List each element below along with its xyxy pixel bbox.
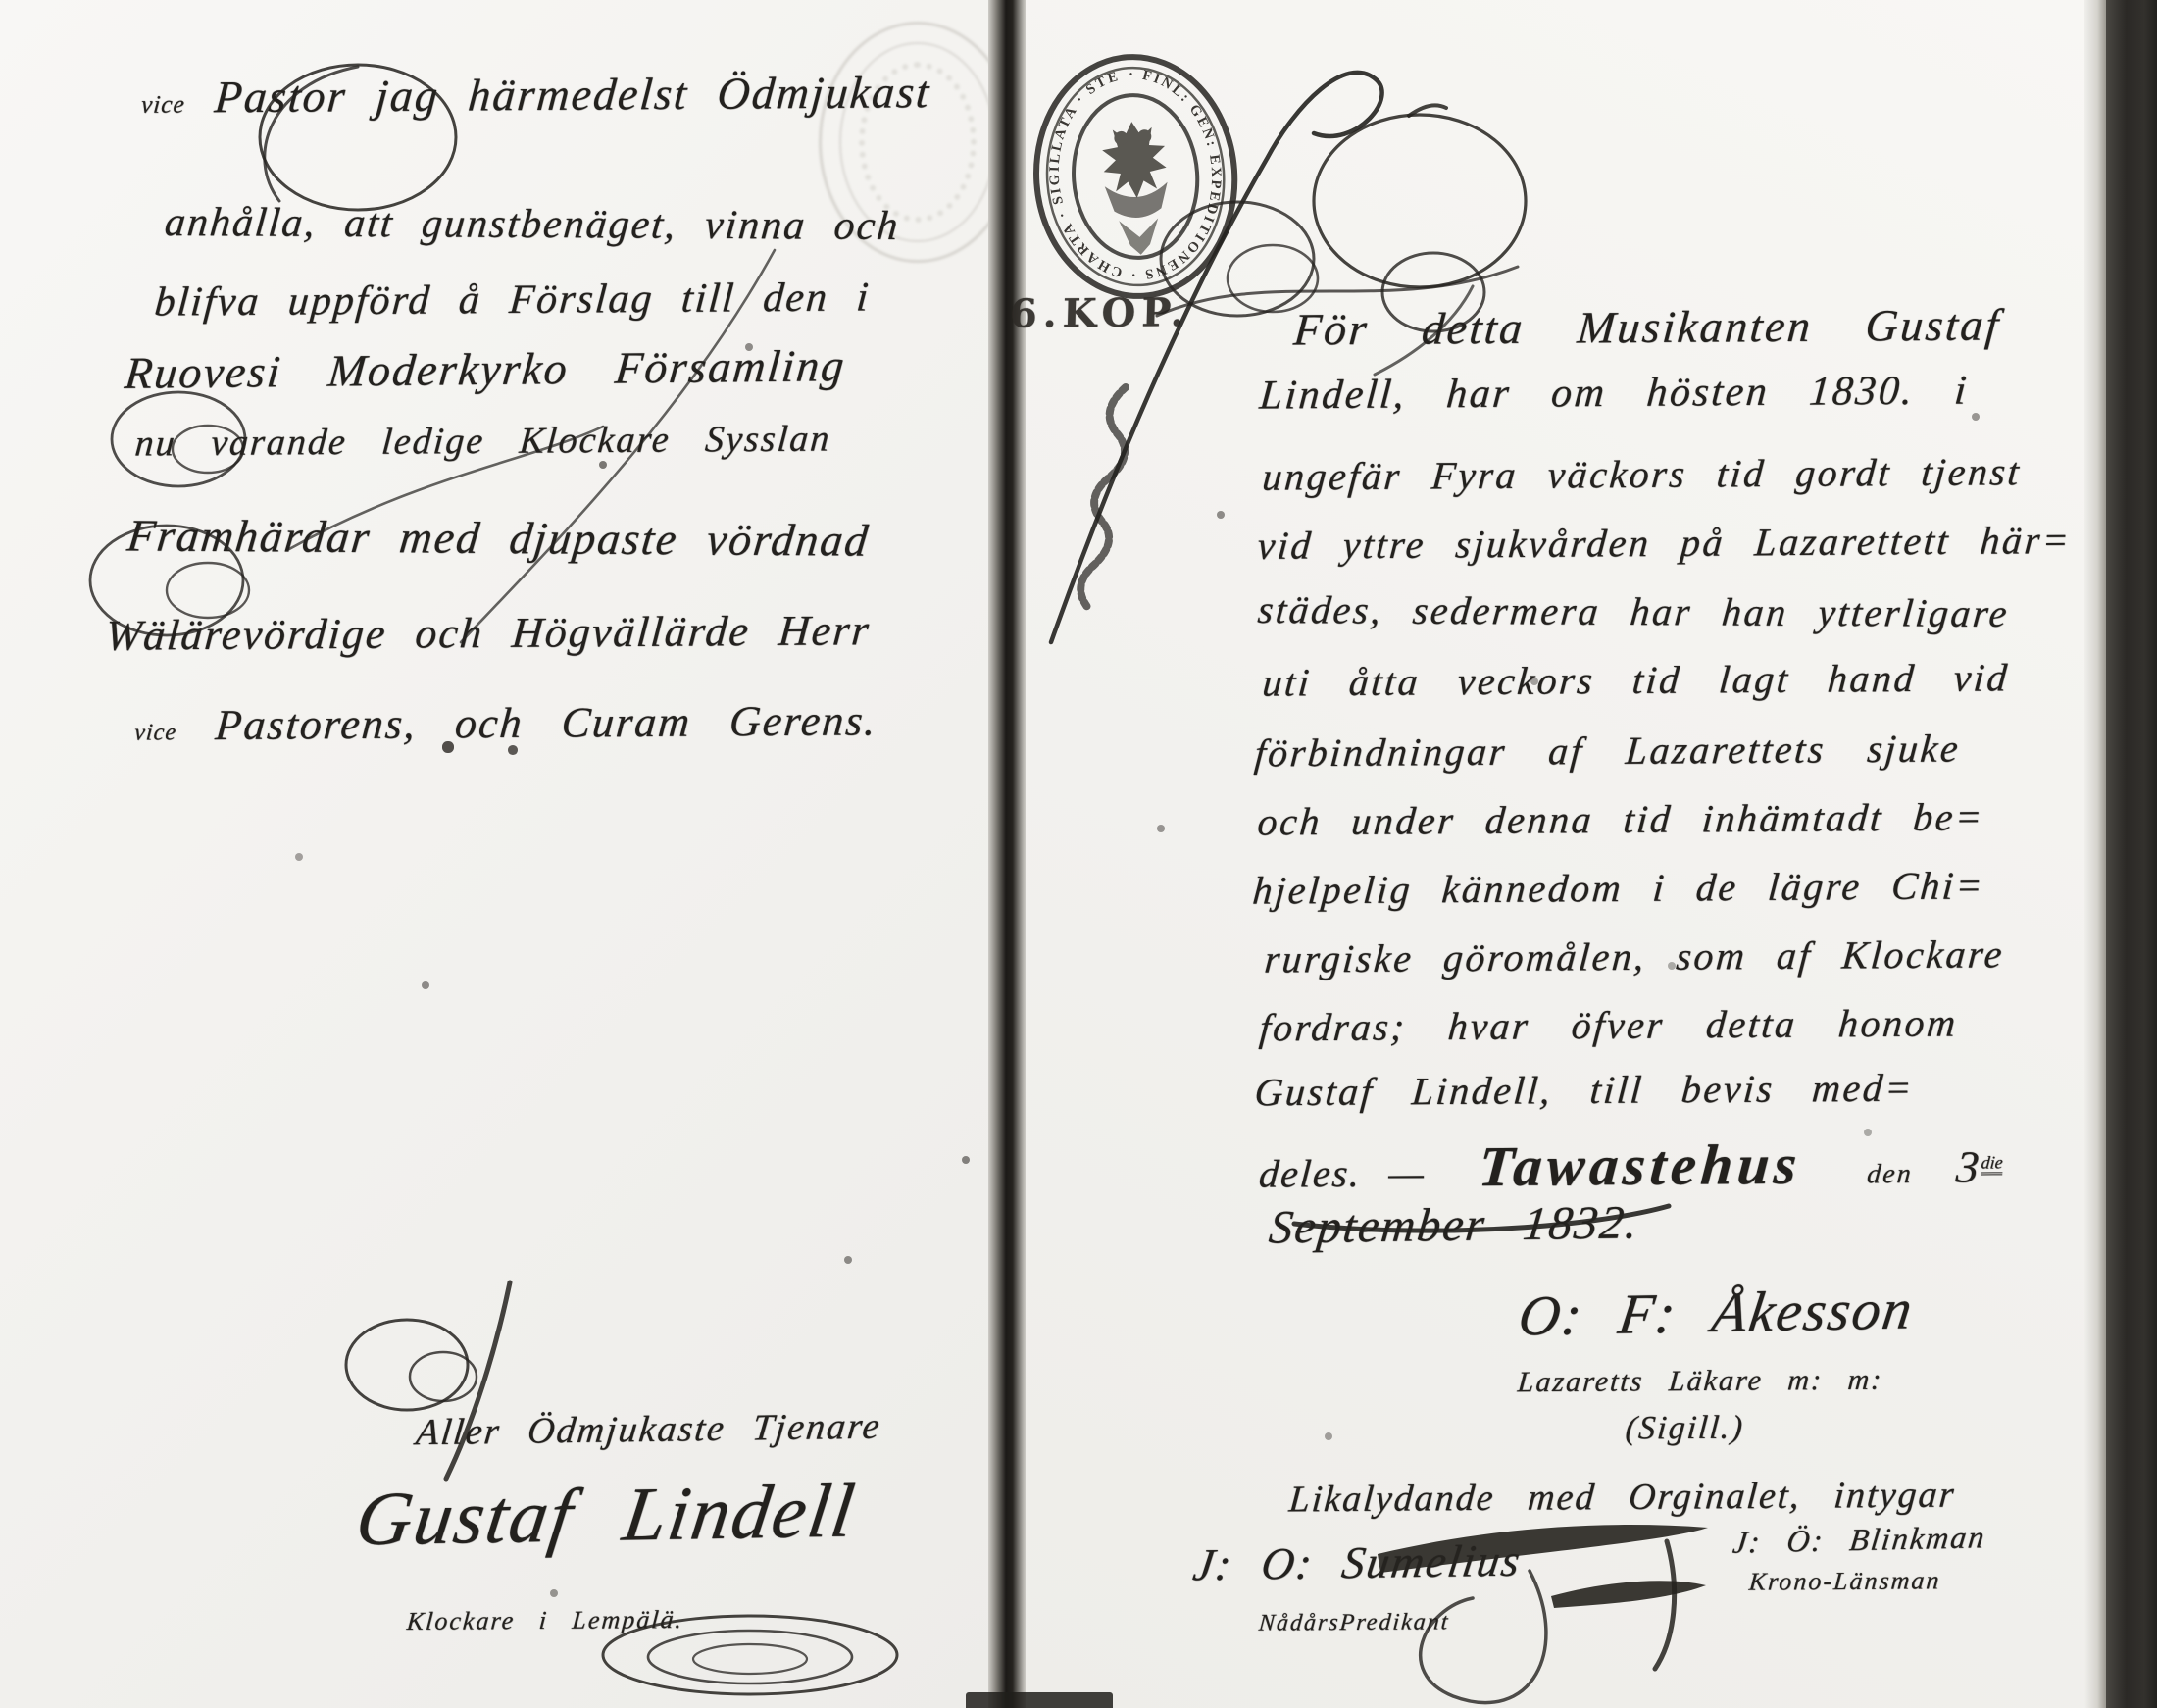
- right-line-6: uti åtta veckors tid lagt hand vid: [1261, 654, 2011, 705]
- ink-specks: [0, 0, 4, 4]
- left-line-1: vice Pastor jag härmedelst Ödmjukast: [140, 66, 933, 124]
- witness2-title: Krono-Länsman: [1748, 1566, 1942, 1596]
- right-line-11: fordras; hvar öfver detta honom: [1258, 1000, 1960, 1051]
- right-line-7: förbindningar af Lazarettets sjuke: [1253, 725, 1962, 776]
- physician-signature: O: F: Åkesson: [1515, 1277, 1919, 1349]
- physician-title: Lazaretts Läkare m: m:: [1517, 1364, 1884, 1400]
- right-dateline-year: September 1832.: [1267, 1195, 1642, 1254]
- dateline-day: 3: [1954, 1142, 1982, 1192]
- left-line-1-text: Pastor jag härmedelst Ödmjukast: [213, 67, 932, 122]
- right-line-4: vid yttre sjukvården på Lazarettett här=: [1256, 517, 2073, 569]
- document-scan: vice Pastor jag härmedelst Ödmjukast anh…: [0, 0, 2157, 1708]
- left-line-4: Ruovesi Moderkyrko Församling: [123, 339, 848, 399]
- charta-sigillata-stamp: · FINL: GEN: EXPEDITIONENS · CHARTA · SI…: [996, 19, 1275, 330]
- right-line-10: rurgiske göromålen, som af Klockare: [1263, 930, 2006, 981]
- dateline-den: den: [1866, 1159, 1914, 1189]
- right-line-9: hjelpelig kännedom i de lägre Chi=: [1251, 862, 1986, 913]
- left-line-2: anhålla, att gunstbenäget, vinna och: [163, 199, 902, 250]
- attestation-line: Likalydande med Orginalet, intygar: [1287, 1474, 1957, 1522]
- left-signature: Gustaf Lindell: [351, 1467, 862, 1564]
- right-line-5: städes, sedermera har han ytterligare: [1256, 586, 2011, 636]
- witness1-signature: J: O: Sumelius: [1190, 1534, 1526, 1591]
- left-line-3: blifva uppförd å Förslag till den i: [153, 274, 872, 326]
- right-line-3: ungefär Fyra väckors tid gordt tjenst: [1261, 448, 2023, 499]
- double-eagle-icon: [1100, 120, 1172, 257]
- left-signature-title: Klockare i Lempälä.: [406, 1605, 685, 1636]
- stamp-denomination: 6.KOP.: [1009, 289, 1190, 337]
- left-line-1-prefix: vice: [140, 90, 186, 118]
- left-line-5: nu varande ledige Klockare Sysslan: [133, 418, 832, 466]
- right-dateline: deles. — Tawastehus den 3die: [1257, 1130, 2005, 1200]
- right-line-2: Lindell, har om hösten 1830. i: [1258, 367, 1971, 419]
- witness2-signature: J: Ö: Blinkman: [1731, 1519, 1987, 1560]
- left-closing-line: Aller Ödmjukaste Tjenare: [414, 1405, 883, 1455]
- left-line-8-prefix: vice: [133, 719, 177, 745]
- left-line-8: vice Pastorens, och Curam Gerens.: [133, 695, 879, 750]
- gutter-shadow: [966, 1692, 1113, 1708]
- left-line-8-text: Pastorens, och Curam Gerens.: [214, 696, 879, 749]
- dateline-place: Tawastehus: [1477, 1132, 1804, 1198]
- right-line-12: Gustaf Lindell, till bevis med=: [1253, 1065, 1916, 1116]
- seal-note: (Sigill.): [1624, 1410, 1745, 1448]
- dateline-prefix: deles. —: [1257, 1150, 1427, 1195]
- right-line-1: För detta Musikanten Gustaf: [1292, 298, 2003, 355]
- left-line-7: Wälärevördige och Högvällärde Herr: [104, 605, 873, 660]
- witness1-title: NådårsPredikant: [1258, 1609, 1451, 1636]
- scan-dark-edge: [2106, 0, 2157, 1708]
- left-line-6: Framhärdar med djupaste vördnad: [125, 509, 872, 566]
- right-line-8: och under denna tid inhämtadt be=: [1256, 793, 1986, 844]
- page-edge-sliver: [2084, 0, 2106, 1708]
- dateline-day-suffix: die: [1981, 1152, 2004, 1175]
